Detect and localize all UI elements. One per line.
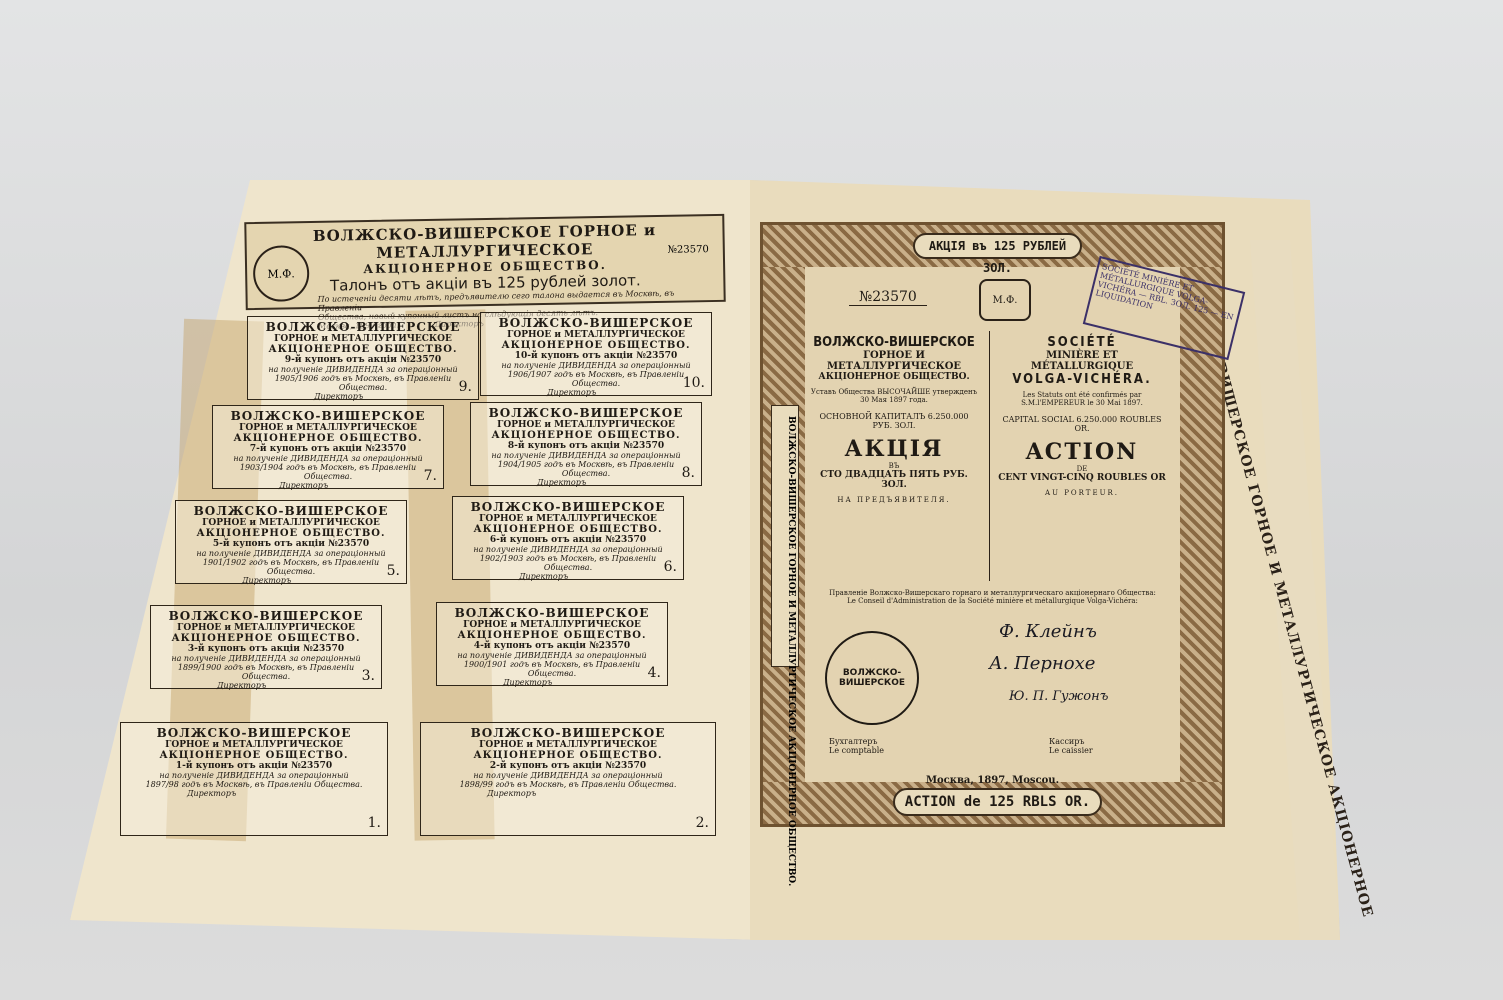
certificate-number: №23570 — [849, 289, 927, 306]
cashier-ru: Кассиръ — [1049, 737, 1093, 746]
coupon-company-3: АКЦІОНЕРНОЕ ОБЩЕСТВО. — [157, 633, 375, 644]
coupon-director: Директоръ — [477, 478, 695, 487]
coupon-10: ВОЛЖСКО-ВИШЕРСКОЕ ГОРНОЕ и МЕТАЛЛУРГИЧЕС… — [480, 312, 712, 396]
coupon-director: Директоръ — [127, 789, 381, 798]
side-label-text: ВОЛЖСКО-ВИШЕРСКОЕ ГОРНОЕ И МЕТАЛЛУРГИЧЕС… — [786, 416, 796, 886]
coupon-label: 6-й купонъ отъ акціи — [490, 535, 602, 545]
fr-bearer: AU PORTEUR. — [997, 489, 1167, 497]
coupon-dividend: на полученіе ДИВИДЕНДА за операціонный — [487, 361, 705, 370]
coupon-years: 1901/1902 — [203, 558, 246, 567]
coupon-number: №23570 — [623, 441, 664, 451]
coupon-company: ВОЛЖСКО-ВИШЕРСКОЕ — [157, 609, 375, 623]
coupon-company-3: АКЦІОНЕРНОЕ ОБЩЕСТВО. — [127, 750, 381, 761]
coupon-years: 1899/1900 — [178, 663, 221, 672]
fr-in: DE — [997, 465, 1167, 473]
certificate-body: №23570 М.Ф. SOCIÉTÉ MINIÈRE ET MÉTALLURG… — [809, 271, 1176, 778]
coupon-no: 9. — [459, 379, 472, 395]
coupon-label: 10-й купонъ отъ акціи — [515, 351, 633, 361]
coupon-number: №23570 — [303, 644, 344, 654]
coupon-company: ВОЛЖСКО-ВИШЕРСКОЕ — [254, 320, 472, 334]
coupon-no: 5. — [387, 563, 400, 579]
coupon-director: Директоръ — [219, 481, 437, 490]
coupon-company-2: ГОРНОЕ и МЕТАЛЛУРГИЧЕСКОЕ — [182, 518, 400, 528]
russian-column: ВОЛЖСКО-ВИШЕРСКОЕ ГОРНОЕ И МЕТАЛЛУРГИЧЕС… — [809, 335, 979, 504]
coupon-no: 8. — [682, 465, 695, 481]
coupon-no: 6. — [664, 559, 677, 575]
coupon-company: ВОЛЖСКО-ВИШЕРСКОЕ — [443, 606, 661, 620]
coupon-number: №23570 — [589, 641, 630, 651]
coupon-years: 1897/98 — [146, 780, 179, 789]
coupon-place: годъ въ Москвѣ, въ Правленіи Общества. — [510, 660, 640, 678]
coupon-number: №23570 — [291, 761, 332, 771]
coupon-company: ВОЛЖСКО-ВИШЕРСКОЕ — [427, 726, 709, 740]
coupon-company: ВОЛЖСКО-ВИШЕРСКОЕ — [219, 409, 437, 423]
ru-capital: ОСНОВНОЙ КАПИТАЛЪ 6.250.000 РУБ. ЗОЛ. — [809, 412, 979, 430]
coupon-number: №23570 — [636, 351, 677, 361]
coupon-6: ВОЛЖСКО-ВИШЕРСКОЕ ГОРНОЕ и МЕТАЛЛУРГИЧЕС… — [452, 496, 684, 580]
coupon-years: 1903/1904 — [240, 463, 283, 472]
cashier-fr: Le caissier — [1049, 746, 1093, 755]
coupon-label: 8-й купонъ отъ акціи — [508, 441, 620, 451]
ru-company-name-2: ГОРНОЕ И МЕТАЛЛУРГИЧЕСКОЕ — [809, 350, 979, 372]
coupon-company-2: ГОРНОЕ и МЕТАЛЛУРГИЧЕСКОЕ — [427, 740, 709, 750]
bottom-cartouche: ACTION de 125 RBLS OR. — [893, 788, 1102, 816]
accountant-ru: Бухгалтеръ — [829, 737, 884, 746]
coupon-director: Директоръ — [157, 681, 375, 690]
signature-1: Ф. Клейнъ — [999, 621, 1097, 642]
coupon-label: 5-й купонъ отъ акціи — [213, 539, 325, 549]
side-label: ВОЛЖСКО-ВИШЕРСКОЕ ГОРНОЕ И МЕТАЛЛУРГИЧЕС… — [771, 405, 799, 667]
coupon-company-2: ГОРНОЕ и МЕТАЛЛУРГИЧЕСКОЕ — [443, 620, 661, 630]
coupon-number: №23570 — [605, 535, 646, 545]
coupon-years: 1906/1907 — [508, 370, 551, 379]
coupon-label: 2-й купонъ отъ акціи — [490, 761, 602, 771]
coupon-years: 1904/1905 — [498, 460, 541, 469]
coupon-place: годъ въ Москвѣ, въ Правленіи Общества. — [321, 374, 451, 392]
coupon-place: годъ въ Москвѣ, въ Правленіи Общества. — [495, 780, 676, 789]
coupon-place: годъ въ Москвѣ, въ Правленіи Общества. — [286, 463, 416, 481]
board-statement: Правленіе Волжско-Вишерскаго горнаго и м… — [809, 589, 1176, 605]
coupon-years: 1902/1903 — [480, 554, 523, 563]
coupon-dividend: на полученіе ДИВИДЕНДА за операціонный — [182, 549, 400, 558]
coupon-number: №23570 — [365, 444, 406, 454]
coupon-8: ВОЛЖСКО-ВИШЕРСКОЕ ГОРНОЕ и МЕТАЛЛУРГИЧЕС… — [470, 402, 702, 486]
coupon-years: 1898/99 — [460, 780, 493, 789]
coupon-dividend: на полученіе ДИВИДЕНДА за операціонный — [477, 451, 695, 460]
coupon-years: 1900/1901 — [464, 660, 507, 669]
column-divider — [989, 331, 990, 581]
ru-statute: Уставъ Общества ВЫСОЧАЙШЕ утвержденъ 30 … — [809, 388, 979, 404]
coupon-5: ВОЛЖСКО-ВИШЕРСКОЕ ГОРНОЕ и МЕТАЛЛУРГИЧЕС… — [175, 500, 407, 584]
coupon-1: ВОЛЖСКО-ВИШЕРСКОЕ ГОРНОЕ и МЕТАЛЛУРГИЧЕС… — [120, 722, 388, 836]
coupon-director: Директоръ — [182, 576, 400, 585]
coupon-director: Директоръ — [254, 392, 472, 401]
coupon-label: 7-й купонъ отъ акціи — [250, 444, 362, 454]
coupon-no: 1. — [368, 815, 381, 831]
coupon-dividend: на полученіе ДИВИДЕНДА за операціонный — [219, 454, 437, 463]
fr-company-name-3: VOLGA-VICHÉRA. — [997, 372, 1167, 387]
talon-number: №23570 — [667, 244, 708, 256]
coupon-director: Директоръ — [459, 572, 677, 581]
coupon-company-3: АКЦІОНЕРНОЕ ОБЩЕСТВО. — [427, 750, 709, 761]
board-fr: Le Conseil d'Administration de la Sociét… — [809, 597, 1176, 605]
coupon-company-2: ГОРНОЕ и МЕТАЛЛУРГИЧЕСКОЕ — [477, 420, 695, 430]
coupon-director: Директоръ — [443, 678, 661, 687]
coupon-number: №23570 — [328, 539, 369, 549]
top-cartouche: АКЦІЯ въ 125 РУБЛЕЙ ЗОЛ. — [913, 233, 1082, 259]
tax-seal-icon: М.Ф. — [979, 279, 1031, 321]
accountant-fr: Le comptable — [829, 746, 884, 755]
coupon-dividend: на полученіе ДИВИДЕНДА за операціонный — [127, 771, 381, 780]
coupon-label: 1-й купонъ отъ акціи — [176, 761, 288, 771]
coupon-company: ВОЛЖСКО-ВИШЕРСКОЕ — [477, 406, 695, 420]
coupon-place: годъ въ Москвѣ, въ Правленіи Общества. — [181, 780, 362, 789]
ru-bearer: НА ПРЕДЪЯВИТЕЛЯ. — [809, 496, 979, 504]
coupon-no: 10. — [683, 375, 705, 391]
fr-share-title: ACTION — [997, 439, 1167, 465]
coupon-dividend: на полученіе ДИВИДЕНДА за операціонный — [459, 545, 677, 554]
coupon-label: 9-й купонъ отъ акціи — [285, 355, 397, 365]
coupon-label: 4-й купонъ отъ акціи — [474, 641, 586, 651]
fr-capital: CAPITAL SOCIAL 6.250.000 ROUBLES OR. — [997, 415, 1167, 433]
signature-2: А. Пернохе — [989, 653, 1095, 674]
coupon-director: Директоръ — [427, 789, 709, 798]
coupon-company-3: АКЦІОНЕРНОЕ ОБЩЕСТВО. — [459, 524, 677, 535]
fr-statute: Les Statuts ont été confirmés par S.M.l'… — [997, 391, 1167, 407]
fr-company-name-2: MINIÈRE ET MÉTALLURGIQUE — [997, 350, 1167, 372]
coupon-place: годъ въ Москвѣ, въ Правленіи Общества. — [224, 663, 354, 681]
coupon-company-3: АКЦІОНЕРНОЕ ОБЩЕСТВО. — [254, 344, 472, 355]
company-seal-icon: ВОЛЖСКО-ВИШЕРСКОЕ — [825, 631, 919, 725]
board-ru: Правленіе Волжско-Вишерскаго горнаго и м… — [809, 589, 1176, 597]
place-date: Москва, 1897, Moscou. — [809, 775, 1176, 786]
coupon-director: Директоръ — [487, 388, 705, 397]
ru-amount: СТО ДВАДЦАТЬ ПЯТЬ РУБ. ЗОЛ. — [809, 470, 979, 490]
coupon-number: №23570 — [400, 355, 441, 365]
ru-share-title: АКЦІЯ — [809, 436, 979, 462]
coupon-company-2: ГОРНОЕ и МЕТАЛЛУРГИЧЕСКОЕ — [487, 330, 705, 340]
ru-company-name: ВОЛЖСКО-ВИШЕРСКОЕ — [809, 335, 979, 350]
coupon-3: ВОЛЖСКО-ВИШЕРСКОЕ ГОРНОЕ и МЕТАЛЛУРГИЧЕС… — [150, 605, 382, 689]
coupon-company-3: АКЦІОНЕРНОЕ ОБЩЕСТВО. — [477, 430, 695, 441]
cashier-label: КассиръLe caissier — [1049, 737, 1093, 755]
coupon-4: ВОЛЖСКО-ВИШЕРСКОЕ ГОРНОЕ и МЕТАЛЛУРГИЧЕС… — [436, 602, 668, 686]
coupon-place: годъ въ Москвѣ, въ Правленіи Общества. — [526, 554, 656, 572]
french-column: SOCIÉTÉ MINIÈRE ET MÉTALLURGIQUE VOLGA-V… — [997, 335, 1167, 497]
coupon-dividend: на полученіе ДИВИДЕНДА за операціонный — [157, 654, 375, 663]
coupon-dividend: на полученіе ДИВИДЕНДА за операціонный — [254, 365, 472, 374]
coupon-label: 3-й купонъ отъ акціи — [188, 644, 300, 654]
coupon-company: ВОЛЖСКО-ВИШЕРСКОЕ — [459, 500, 677, 514]
coupon-no: 3. — [362, 668, 375, 684]
coupon-company-3: АКЦІОНЕРНОЕ ОБЩЕСТВО. — [182, 528, 400, 539]
coupon-number: №23570 — [605, 761, 646, 771]
share-certificate: АКЦІЯ въ 125 РУБЛЕЙ ЗОЛ. ACTION de 125 R… — [760, 222, 1225, 827]
coupon-dividend: на полученіе ДИВИДЕНДА за операціонный — [443, 651, 661, 660]
coupon-company-2: ГОРНОЕ и МЕТАЛЛУРГИЧЕСКОЕ — [219, 423, 437, 433]
coupon-company-2: ГОРНОЕ и МЕТАЛЛУРГИЧЕСКОЕ — [157, 623, 375, 633]
ru-in: ВЪ — [809, 462, 979, 470]
coupon-place: годъ въ Москвѣ, въ Правленіи Общества. — [554, 370, 684, 388]
coupon-2: ВОЛЖСКО-ВИШЕРСКОЕ ГОРНОЕ и МЕТАЛЛУРГИЧЕС… — [420, 722, 716, 836]
coupon-no: 7. — [424, 468, 437, 484]
ru-company-name-3: АКЦІОНЕРНОЕ ОБЩЕСТВО. — [809, 372, 979, 382]
coupon-company-3: АКЦІОНЕРНОЕ ОБЩЕСТВО. — [443, 630, 661, 641]
signature-3: Ю. П. Гужонъ — [1009, 689, 1108, 704]
coupon-years: 1905/1906 — [275, 374, 318, 383]
coupon-7: ВОЛЖСКО-ВИШЕРСКОЕ ГОРНОЕ и МЕТАЛЛУРГИЧЕС… — [212, 405, 444, 489]
coupon-place: годъ въ Москвѣ, въ Правленіи Общества. — [544, 460, 674, 478]
coupon-company-3: АКЦІОНЕРНОЕ ОБЩЕСТВО. — [219, 433, 437, 444]
coupon-company: ВОЛЖСКО-ВИШЕРСКОЕ — [487, 316, 705, 330]
coupon-company: ВОЛЖСКО-ВИШЕРСКОЕ — [127, 726, 381, 740]
coupon-place: годъ въ Москвѣ, въ Правленіи Общества. — [249, 558, 379, 576]
coupon-company-2: ГОРНОЕ и МЕТАЛЛУРГИЧЕСКОЕ — [254, 334, 472, 344]
coupon-9: ВОЛЖСКО-ВИШЕРСКОЕ ГОРНОЕ и МЕТАЛЛУРГИЧЕС… — [247, 316, 479, 400]
accountant-label: БухгалтеръLe comptable — [829, 737, 884, 755]
fr-amount: CENT VINGT-CINQ ROUBLES OR — [997, 473, 1167, 483]
coupon-dividend: на полученіе ДИВИДЕНДА за операціонный — [427, 771, 709, 780]
coupon-company-2: ГОРНОЕ и МЕТАЛЛУРГИЧЕСКОЕ — [127, 740, 381, 750]
coupon-company-2: ГОРНОЕ и МЕТАЛЛУРГИЧЕСКОЕ — [459, 514, 677, 524]
fr-company-name: SOCIÉTÉ — [997, 335, 1167, 350]
coupon-no: 2. — [696, 815, 709, 831]
coupon-no: 4. — [648, 665, 661, 681]
talon: М.Ф. ВОЛЖСКО-ВИШЕРСКОЕ ГОРНОЕ и МЕТАЛЛУР… — [244, 214, 725, 310]
coupon-company-3: АКЦІОНЕРНОЕ ОБЩЕСТВО. — [487, 340, 705, 351]
coupon-company: ВОЛЖСКО-ВИШЕРСКОЕ — [182, 504, 400, 518]
